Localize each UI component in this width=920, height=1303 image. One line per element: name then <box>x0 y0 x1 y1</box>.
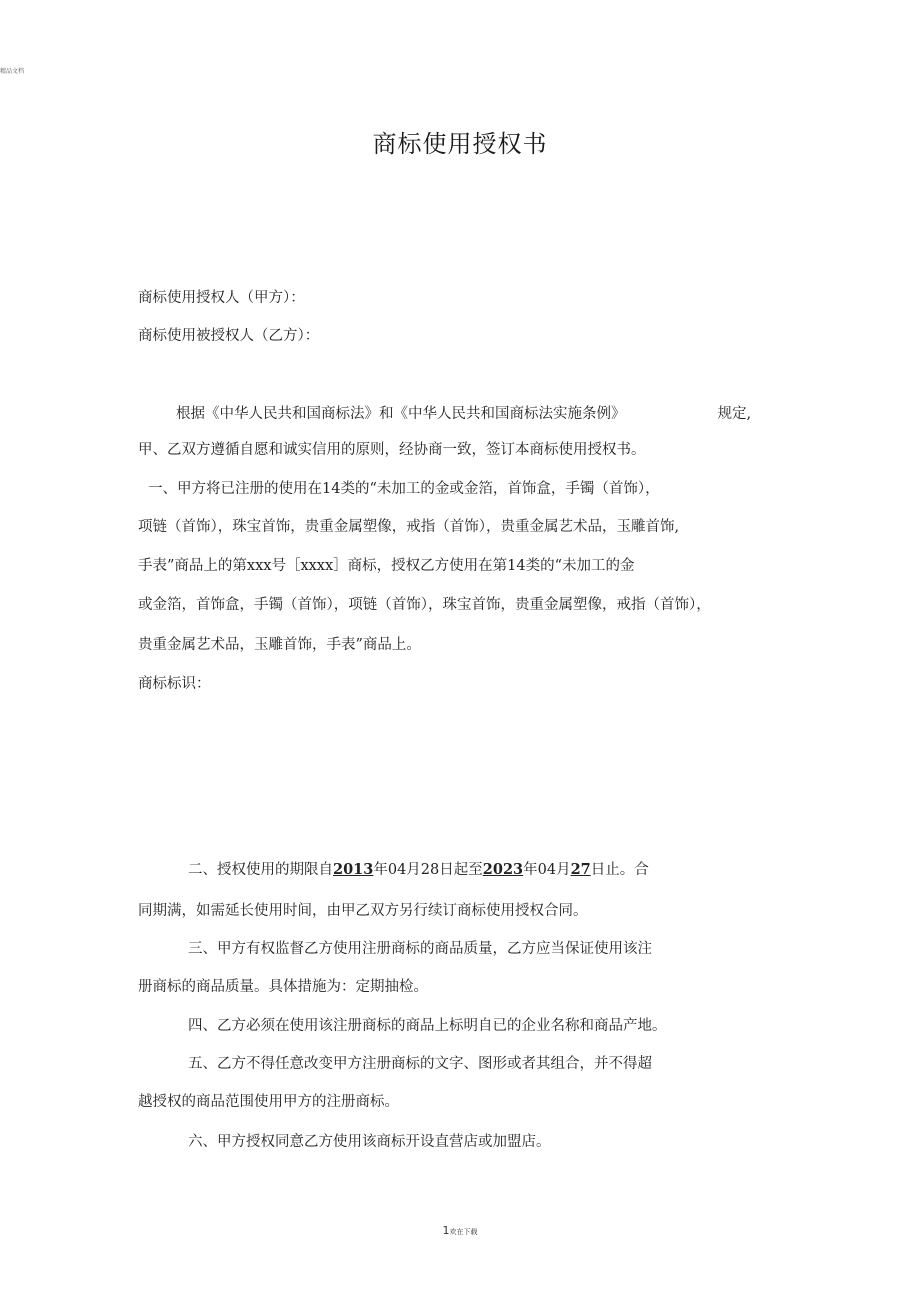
clause2-suffix: 日止。合 <box>591 862 649 878</box>
document-title: 商标使用授权书 <box>0 124 920 159</box>
clause2-line-2: 同期满，如需延长使用时间，由甲乙双方另行续订商标使用授权合同。 <box>138 899 588 920</box>
clause1-line-4: 或金箔，首饰盒，手镯（首饰），项链（首饰），珠宝首饰，贵重金属塑像，戒指（首饰）… <box>138 593 711 614</box>
end-month: 年04月 <box>523 862 570 878</box>
licensor-line: 商标使用授权人（甲方）： <box>138 286 305 307</box>
licensee-line: 商标使用被授权人（乙方）： <box>138 324 319 345</box>
clause3-line-1: 三、甲方有权监督乙方使用注册商标的商品质量，乙方应当保证使用该注 <box>188 937 652 958</box>
start-year: 2013 <box>333 861 373 878</box>
header-label: 精品文档 <box>0 66 24 75</box>
start-date-rest: 年04月28日起至 <box>373 862 482 878</box>
preamble-line-2: 甲、乙双方遵循自愿和诚实信用的原则，经协商一致，签订本商标使用授权书。 <box>138 438 646 459</box>
clause4-line-1: 四、乙方必须在使用该注册商标的商品上标明自已的企业名称和商品产地。 <box>188 1014 667 1035</box>
preamble-text: 根据《中华人民共和国商标法》和《中华人民共和国商标法实施条例》 <box>176 406 626 422</box>
page-footer: 1欢在下载 <box>0 1224 920 1237</box>
clause6-line-1: 六、甲方授权同意乙方使用该商标开设直营店或加盟店。 <box>188 1130 551 1151</box>
trademark-label: 商标标识： <box>138 672 211 693</box>
preamble-line-1: 根据《中华人民共和国商标法》和《中华人民共和国商标法实施条例》规定, <box>176 402 751 423</box>
clause1-line-5: 贵重金属艺术品，玉雕首饰，手表”商品上。 <box>138 633 421 654</box>
clause1-line-2: 项链（首饰），珠宝首饰，贵重金属塑像，戒指（首饰），贵重金属艺术品，玉雕首饰, <box>138 515 679 536</box>
clause1-line-3: 手表”商品上的第xxx号［xxxx］商标，授权乙方使用在第14类的“未加工的金 <box>138 554 635 575</box>
page-number: 1 <box>443 1224 450 1237</box>
clause1-line-1: 一、甲方将已注册的使用在14类的“未加工的金或金箔，首饰盒，手镯（首饰）， <box>148 477 660 498</box>
footer-text: 欢在下载 <box>450 1228 478 1236</box>
end-day: 27 <box>571 861 591 878</box>
clause2-prefix: 二、授权使用的期限自 <box>188 862 333 878</box>
clause5-line-2: 越授权的商品范围使用甲方的注册商标。 <box>138 1090 399 1111</box>
clause5-line-1: 五、乙方不得任意改变甲方注册商标的文字、图形或者其组合，并不得超 <box>188 1052 652 1073</box>
preamble-tail: 规定, <box>718 406 752 422</box>
clause2-line-1: 二、授权使用的期限自2013年04月28日起至2023年04月27日止。合 <box>188 858 649 879</box>
end-year: 2023 <box>483 861 523 878</box>
clause3-line-2: 册商标的商品质量。具体措施为：定期抽检。 <box>138 975 428 996</box>
